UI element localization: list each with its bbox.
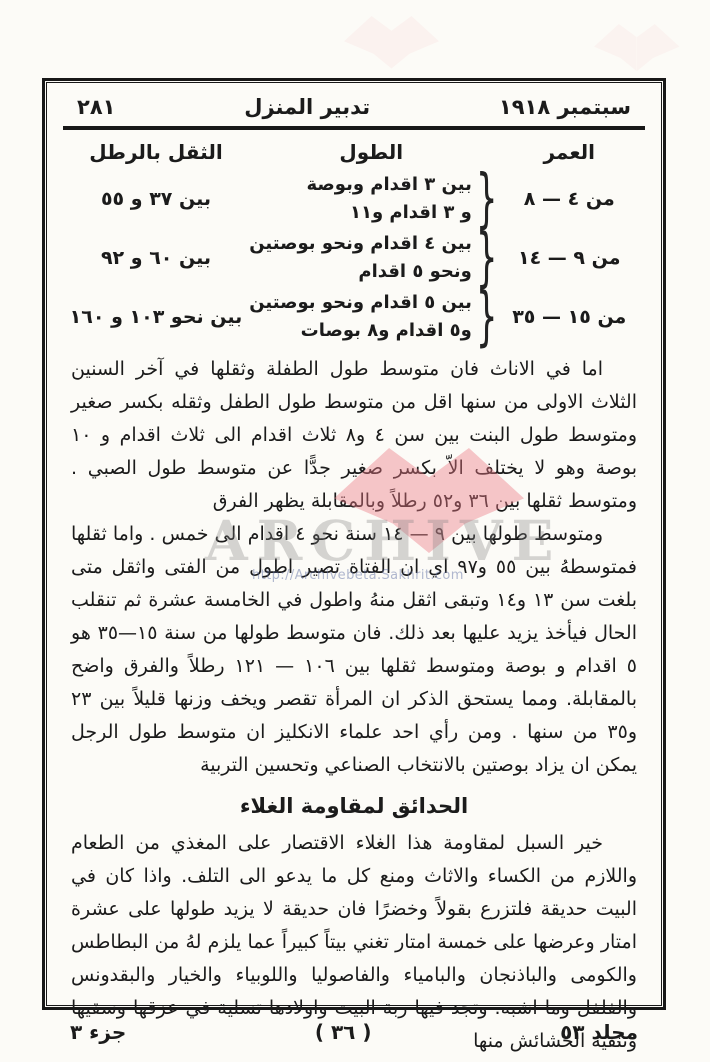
column-header-height: الطول [245,140,498,164]
weight-value: بين ٦٠ و ٩٢ [67,247,245,269]
weight-value: بين نحو ١٠٣ و ١٦٠ [67,306,245,328]
archive-logo-wing-icon [392,16,440,69]
running-head: سبتمبر ١٩١٨ تدبير المنزل ٢٨١ [61,89,647,123]
page-title: تدبير المنزل [244,95,370,119]
height-line: و ٣ اقدام و١١ [306,202,471,223]
height-lines: بين ٤ اقدام ونحو بوصتين ونحو ٥ اقدام [249,233,472,282]
height-cell: } بين ٣ اقدام وبوصة و ٣ اقدام و١١ [245,174,498,223]
height-lines: بين ٥ اقدام ونحو بوصتين و٥ اقدام و٨ بوصا… [249,292,472,341]
table-row: من ١٥ — ٣٥ } بين ٥ اقدام ونحو بوصتين و٥ … [67,292,641,341]
height-line: بين ٣ اقدام وبوصة [306,174,471,195]
article-body: اما في الاناث فان متوسط طول الطفلة وثقله… [61,341,647,1058]
height-lines: بين ٣ اقدام وبوصة و ٣ اقدام و١١ [306,174,471,223]
folio-number: ( ٣٦ ) [315,1020,372,1044]
brace-icon: } [476,284,498,349]
height-line: بين ٥ اقدام ونحو بوصتين [249,292,472,313]
archive-logo-wing-icon [637,24,680,71]
scanned-document-page: { "header": { "date": "سبتمبر ١٩١٨", "ti… [0,0,710,1062]
age-value: من ٩ — ١٤ [498,247,642,269]
height-line: و٥ اقدام و٨ بوصات [249,320,472,341]
archive-logo-watermark-top-left [344,16,439,69]
height-line: بين ٤ اقدام ونحو بوصتين [249,233,472,254]
height-line: ونحو ٥ اقدام [249,261,472,282]
column-header-weight: الثقل بالرطل [67,140,245,164]
paragraph-teen-stats: ومتوسط طولها بين ٩ — ١٤ سنة نحو ٤ اقدام … [71,518,637,782]
issue-date: سبتمبر ١٩١٨ [499,95,631,119]
table-row: من ٩ — ١٤ } بين ٤ اقدام ونحو بوصتين ونحو… [67,233,641,282]
table-row: من ٤ — ٨ } بين ٣ اقدام وبوصة و ٣ اقدام و… [67,174,641,223]
section-heading-gardens: الحدائق لمقاومة الغلاء [71,790,637,823]
age-value: من ١٥ — ٣٥ [498,306,642,328]
height-cell: } بين ٥ اقدام ونحو بوصتين و٥ اقدام و٨ بو… [245,292,498,341]
age-height-weight-table: العمر الطول الثقل بالرطل من ٤ — ٨ } بين … [61,130,647,341]
archive-logo-wing-icon [344,16,392,69]
age-value: من ٤ — ٨ [498,188,642,210]
page-border-frame: سبتمبر ١٩١٨ تدبير المنزل ٢٨١ العمر الطول… [42,78,666,1010]
column-header-age: العمر [498,140,642,164]
part-number: جزء ٣ [70,1020,126,1044]
page-footer: مجلد ٥٣ ( ٣٦ ) جزء ٣ [42,1020,666,1044]
table-header-row: العمر الطول الثقل بالرطل [67,140,641,164]
archive-logo-watermark-top-right [594,24,680,71]
weight-value: بين ٣٧ و ٥٥ [67,188,245,210]
page-number: ٢٨١ [77,95,115,119]
paragraph-girls-stats: اما في الاناث فان متوسط طول الطفلة وثقله… [71,353,637,518]
archive-logo-wing-icon [594,24,637,71]
height-cell: } بين ٤ اقدام ونحو بوصتين ونحو ٥ اقدام [245,233,498,282]
volume-number: مجلد ٥٣ [560,1020,638,1044]
page-content: سبتمبر ١٩١٨ تدبير المنزل ٢٨١ العمر الطول… [46,82,662,1006]
